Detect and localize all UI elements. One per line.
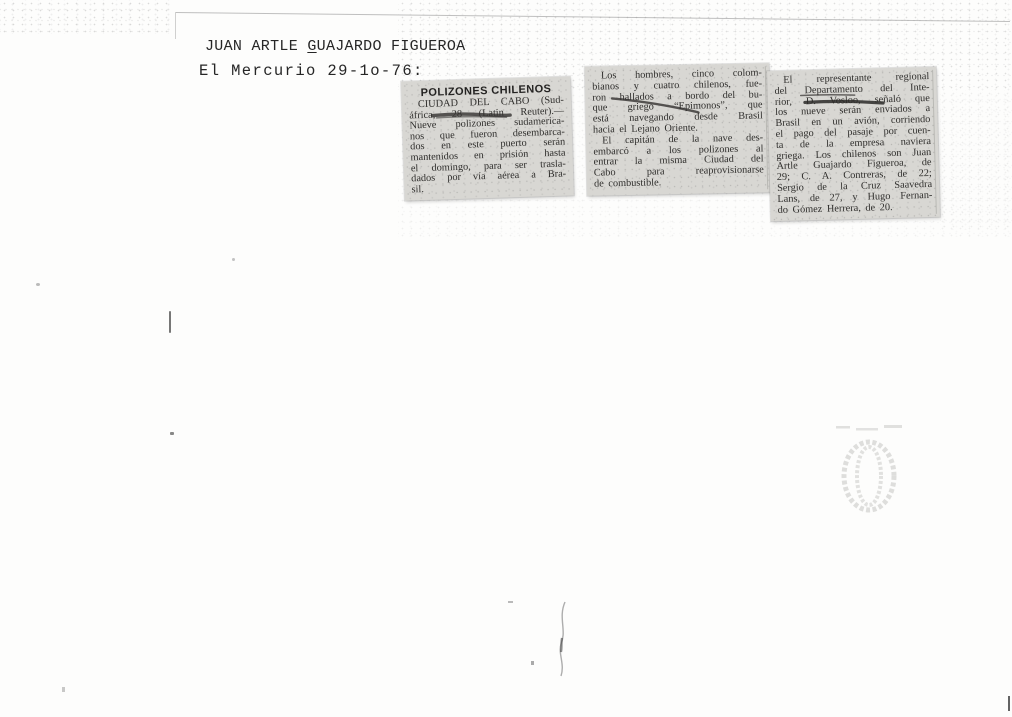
typed-source-date: El Mercurio 29-1o-76: <box>199 62 424 80</box>
ink-speck <box>62 687 65 692</box>
ink-speck <box>232 258 235 261</box>
scan-noise-right-upper <box>940 90 1012 230</box>
column-rule <box>932 70 937 214</box>
news-clipping-1: POLIZONES CHILENOS CIUDAD DEL CABO (Sud-… <box>401 76 574 201</box>
ink-speck <box>36 283 40 286</box>
name-underlined-letter: G <box>307 38 316 55</box>
card-top-edge <box>176 12 1010 22</box>
scan-edge-tick <box>1008 696 1010 711</box>
hair-crease-mark <box>548 596 578 681</box>
embossed-seal-stamp <box>832 420 916 528</box>
typed-subject-name: JUAN ARTLE GUAJARDO FIGUEROA <box>205 38 465 55</box>
news-clipping-2: Los hombres, cinco colom- bianos y cuatr… <box>585 63 771 195</box>
ink-speck <box>508 601 513 603</box>
clipping-line: de combustible. <box>594 176 764 190</box>
name-part1: JUAN ARTLE <box>205 38 307 55</box>
ink-speck <box>531 661 534 665</box>
name-part2: UAJARDO FIGUEROA <box>317 38 466 55</box>
card-left-edge <box>175 12 176 39</box>
scan-noise-top-left <box>0 0 170 34</box>
ink-speck <box>169 311 171 333</box>
ink-speck <box>170 432 174 435</box>
scanned-document-page: JUAN ARTLE GUAJARDO FIGUEROA El Mercurio… <box>0 0 1012 717</box>
news-clipping-3: El representante regional del Departamen… <box>767 67 940 222</box>
